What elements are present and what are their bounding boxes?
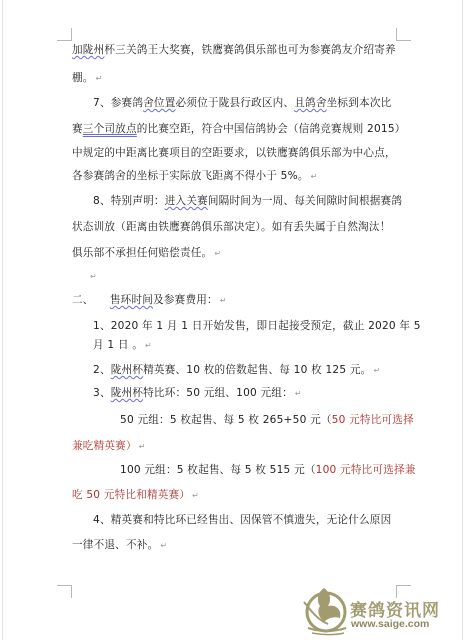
paragraph-mark-icon: ↵ (160, 541, 167, 550)
price-line: 兼吃精英赛）↵ (72, 439, 398, 454)
text-run: 2、 (93, 364, 111, 376)
text-line: 状态训放（距离由铁鹰赛鸽俱乐部决定）。如有丢失属于自然淘汰！ (72, 220, 398, 234)
text-run: 及参赛费用： (153, 294, 218, 306)
margin-corner-top-left (57, 28, 72, 41)
section-heading: 二、 售环时间及参赛费用：↵ (72, 293, 398, 308)
page-edge-right (462, 0, 463, 640)
spellcheck-underlined-text: 舍位置 (143, 97, 175, 109)
text-run: 二、 (72, 294, 110, 306)
text-run: 赛 (72, 123, 83, 135)
text-line: 各参赛鸽舍的坐标于实际放飞距离不得小于 5%。↵ (72, 169, 398, 184)
text-run: 状态训放（距离由铁鹰赛鸽俱乐部决定）。如有丢失属于自然淘汰！ (72, 221, 391, 233)
paragraph-mark-icon: ↵ (214, 249, 221, 258)
paragraph-mark-icon: ↵ (90, 272, 97, 281)
text-run: 4、精英赛和特比环已经售出、因保管不慎遗失，无论什么原因 (93, 514, 391, 526)
spellcheck-underlined-text: 陇州杯 (111, 387, 143, 399)
margin-corner-bottom-left (57, 585, 72, 598)
text-line: 8、特别声明：进入关赛间隔时间为一周、每关间隙时间根据赛鸽 (93, 194, 419, 208)
text-line: 7、参赛鸽舍位置必须位于陇县行政区内、且鸽舍坐标到本次比 (93, 96, 419, 110)
paragraph-mark-icon: ↵ (220, 296, 227, 305)
text-line: 俱乐部不承担任何赔偿责任。↵ (72, 246, 398, 261)
price-line: 吃 50 元特比和精英赛）↵ (72, 488, 398, 503)
text-line: 中规定的中距离比赛项目的空距要求，以铁鹰赛鸽俱乐部为中心点， (72, 146, 398, 160)
spellcheck-underlined-text: 加陇州 (72, 44, 104, 56)
text-run: 坐标到本次比 (327, 97, 392, 109)
paragraph-mark-icon: ↵ (96, 74, 103, 83)
list-item: 1、2020 年 1 月 1 日开始发售，即日起接受预定，截止 2020 年 5 (93, 319, 419, 333)
text-line: 棚。↵ (72, 71, 398, 86)
list-item: 3、陇州杯特比环：50 元组、100 元组：↵ (93, 386, 419, 401)
text-line: 赛三个司放点的比赛空距，符合中国信鸽协会（信鸽竞赛规则 2015） (72, 122, 398, 136)
paragraph-mark-icon: ↵ (192, 491, 199, 500)
spellcheck-underlined-text: 进入关赛 (165, 195, 208, 207)
text-run: 棚。 (72, 72, 94, 84)
highlighted-text: 50 元特比可选择 (332, 414, 414, 426)
text-run: 1、2020 年 1 月 1 日开始发售，即日起接受预定，截止 2020 年 5 (93, 320, 421, 332)
list-item: 月 1 日 。↵ (93, 338, 419, 353)
watermark-site-url: www.saige.com (351, 618, 429, 630)
paragraph-mark-icon: ↵ (139, 442, 146, 451)
page-edge-left (2, 0, 3, 640)
price-line: 100 元组：5 枚起售、每 5 枚 515 元（100 元特比可选择兼 (120, 463, 446, 477)
highlighted-text: 兼吃精英赛） (72, 440, 137, 452)
list-item: 一律不退、不补。↵ (72, 538, 398, 553)
price-line: 50 元组：5 枚起售、每 5 枚 265+50 元（50 元特比可选择 (120, 413, 446, 427)
spellcheck-underlined-text: 且鸽舍 (294, 97, 326, 109)
list-item: 4、精英赛和特比环已经售出、因保管不慎遗失，无论什么原因 (93, 513, 419, 527)
text-run: 的比赛空距，符合中国信鸽协会（信鸽竞赛规则 2015） (137, 123, 406, 135)
text-run: 间隔时间为一周、每关间隙时间根据赛鸽 (208, 195, 402, 207)
text-run: 特比环：50 元组、100 元组： (143, 387, 293, 399)
margin-corner-top-right (396, 28, 411, 41)
spellcheck-underlined-text: 三个司放点 (83, 123, 137, 135)
text-run: 100 元组：5 枚起售、每 5 枚 515 元（ (120, 464, 316, 476)
text-run: 必须位于陇县行政区内、 (176, 97, 295, 109)
paragraph-mark-icon: ↵ (373, 366, 380, 375)
paragraph-mark-icon: ↵ (145, 341, 152, 350)
text-run: 8、特别声明： (93, 195, 165, 207)
spellcheck-underlined-text: 售环时间 (110, 294, 153, 306)
highlighted-text: 100 元特比可选择兼 (316, 464, 416, 476)
text-run: 杯三关鸽王大奖赛，铁鹰赛鸽俱乐部也可为参赛鸽友介绍寄养 (104, 44, 395, 56)
highlighted-text: 吃 50 元特比和精英赛） (72, 489, 190, 501)
text-run: 3、 (93, 387, 111, 399)
text-run: 7、参赛鸽 (93, 97, 143, 109)
blank-line: ↵ (88, 269, 414, 284)
text-run: 月 1 日 。 (93, 339, 143, 351)
paragraph-mark-icon: ↵ (311, 172, 318, 181)
watermark-logo: 赛鸽资讯网 www.saige.com (302, 582, 447, 638)
text-run: 中规定的中距离比赛项目的空距要求，以铁鹰赛鸽俱乐部为中心点， (72, 147, 396, 159)
list-item: 2、陇州杯精英赛、10 枚的倍数起售、每 10 枚 125 元。↵ (93, 363, 419, 378)
text-run: 精英赛、10 枚的倍数起售、每 10 枚 125 元。 (143, 364, 371, 376)
text-run: 50 元组：5 枚起售、每 5 枚 265+50 元（ (120, 414, 332, 426)
text-line: 加陇州杯三关鸽王大奖赛，铁鹰赛鸽俱乐部也可为参赛鸽友介绍寄养 (72, 43, 398, 57)
text-run: 一律不退、不补。 (72, 539, 158, 551)
paragraph-mark-icon: ↵ (295, 389, 302, 398)
spellcheck-underlined-text: 陇州杯 (111, 364, 143, 376)
text-run: 俱乐部不承担任何赔偿责任。 (72, 247, 212, 259)
pigeon-logo-icon (302, 582, 350, 636)
text-run: 各参赛鸽舍的坐标于实际放飞距离不得小于 5%。 (72, 170, 309, 182)
